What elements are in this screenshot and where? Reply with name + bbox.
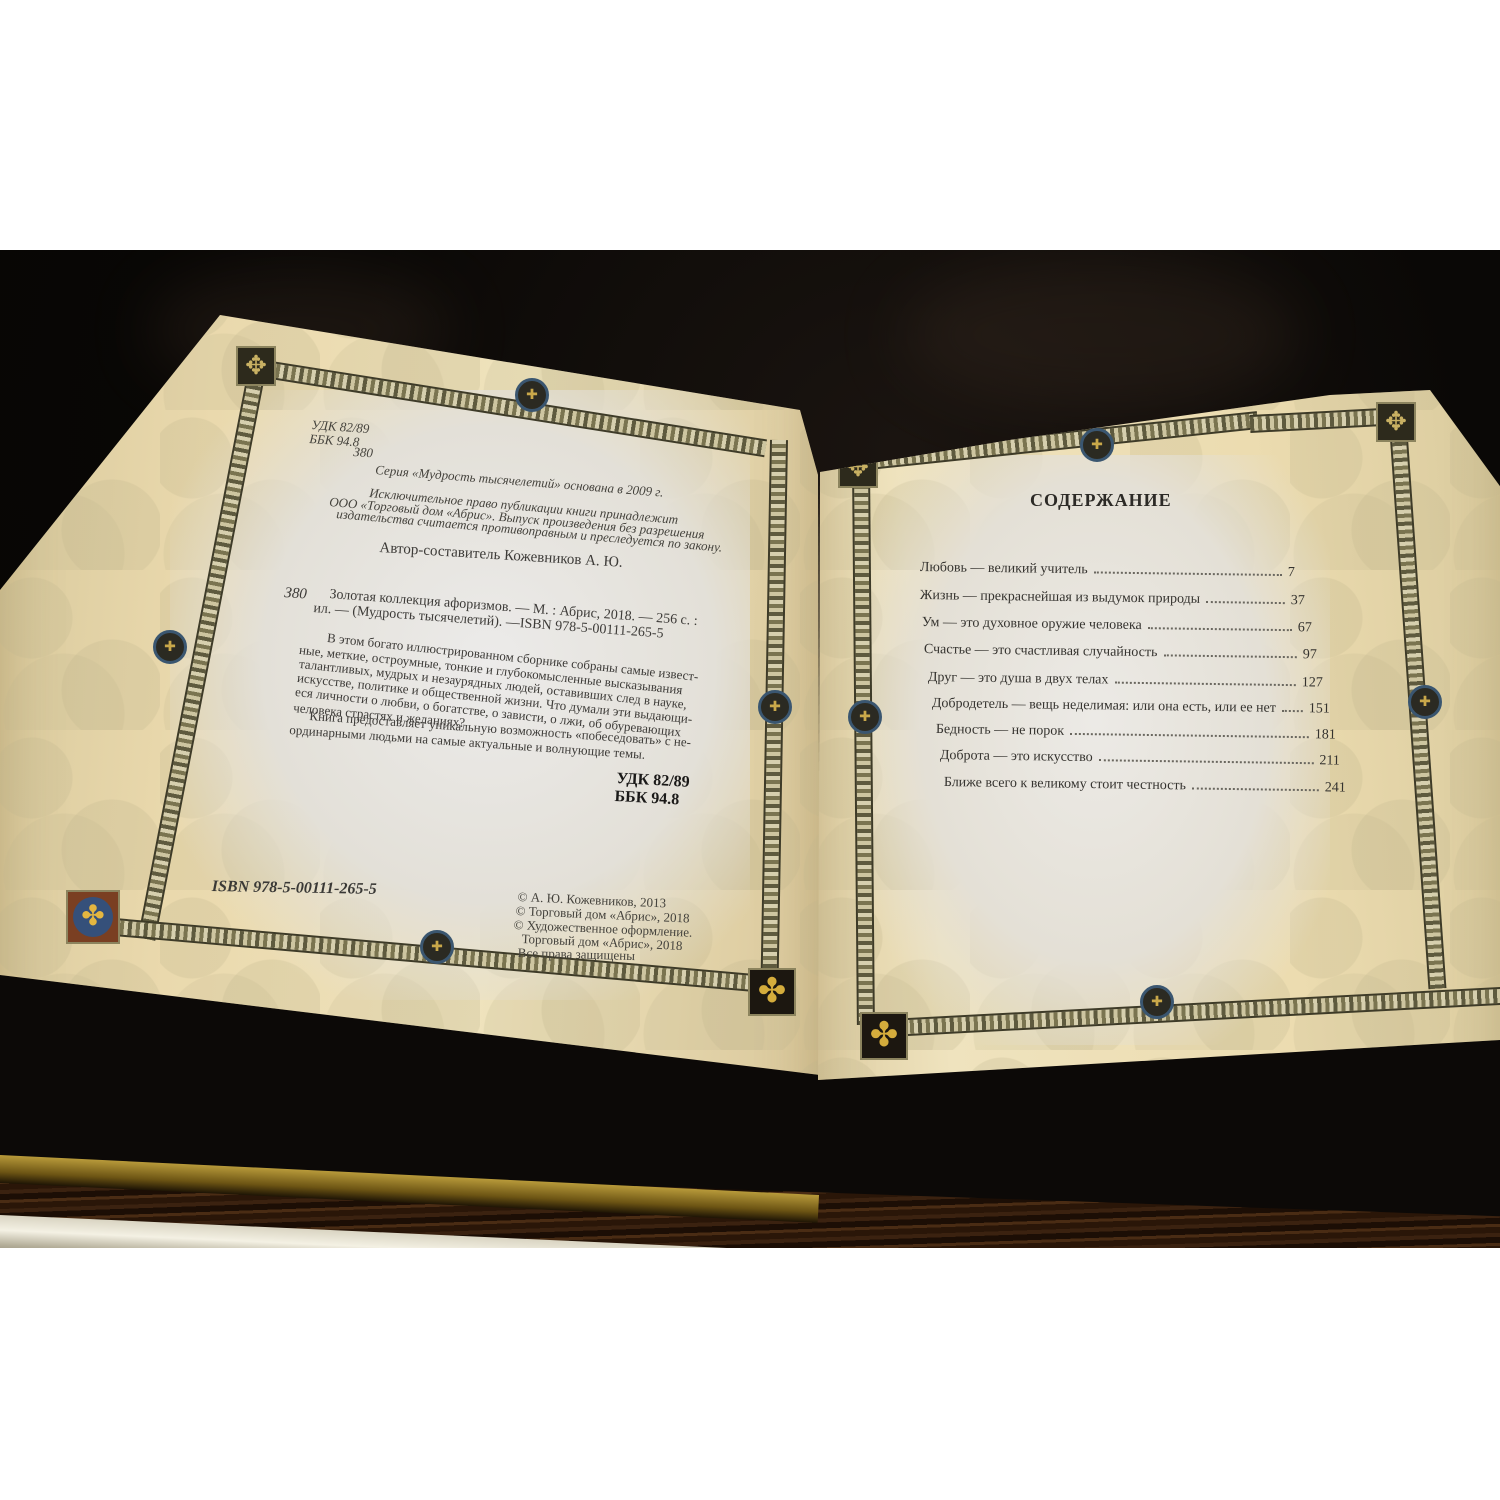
- toc-entry-page: 241: [1325, 780, 1346, 796]
- leader-dots: [1192, 787, 1319, 791]
- toc-entry-page: 97: [1303, 647, 1317, 663]
- leader-dots: [1282, 710, 1303, 712]
- isbn: ISBN 978-5-00111-265-5: [212, 878, 377, 899]
- toc-entry-label: Друг — это душа в двух телах: [928, 670, 1109, 689]
- corner-ornament-icon: ✥: [838, 448, 878, 488]
- medallion-icon: ✚: [153, 630, 187, 664]
- toc-entry-page: 211: [1319, 753, 1340, 769]
- copyright-line: Все права защищены: [518, 945, 636, 964]
- leader-dots: [1070, 733, 1309, 738]
- leader-dots: [1114, 682, 1295, 687]
- medallion-icon: ✚: [420, 930, 454, 964]
- toc-entry-label: Счастье — это счастливая случайность: [924, 642, 1158, 661]
- medallion-icon: ✚: [1140, 985, 1174, 1019]
- bbk-code-bottom: ББК 94.8: [614, 788, 680, 809]
- corner-ornament-icon: ✥: [1376, 402, 1416, 442]
- toc-entry-page: 151: [1309, 701, 1330, 717]
- toc-entry-label: Ум — это духовное оружие человека: [922, 615, 1142, 634]
- medallion-icon: ✚: [758, 690, 792, 724]
- medallion-icon: ✚: [1080, 428, 1114, 462]
- border-top: [1250, 408, 1391, 433]
- toc-entry-page: 127: [1302, 675, 1323, 691]
- catalog-code: З80: [353, 444, 374, 461]
- medallion-icon: ✚: [515, 378, 549, 412]
- medallion-icon: ✚: [1408, 685, 1442, 719]
- medallion-icon: ✚: [848, 700, 882, 734]
- corner-ornament-icon: ✤: [860, 1012, 908, 1060]
- toc-entry-label: Любовь — великий учитель: [920, 560, 1088, 578]
- toc-title: СОДЕРЖАНИЕ: [1030, 490, 1172, 511]
- leader-dots: [1099, 759, 1314, 764]
- corner-ornament-icon: ✤: [66, 890, 120, 944]
- toc-entry-label: Ближе всего к великому стоит честность: [944, 775, 1186, 794]
- bbk-code: ББК 94.8: [309, 431, 360, 450]
- corner-ornament-icon: ✤: [748, 968, 796, 1016]
- leader-dots: [1206, 601, 1285, 604]
- leader-dots: [1148, 627, 1292, 631]
- toc-entry-page: 37: [1291, 593, 1305, 609]
- leader-dots: [1094, 571, 1282, 576]
- toc-entry-page: 181: [1315, 727, 1336, 743]
- toc-entry-label: Бедность — не порок: [936, 722, 1064, 740]
- toc-entry-label: Доброта — это искусство: [940, 748, 1093, 766]
- leader-dots: [1163, 654, 1296, 658]
- toc-entry-page: 67: [1298, 620, 1312, 636]
- corner-ornament-icon: ✥: [236, 346, 276, 386]
- background-blur: [900, 260, 1300, 410]
- book-photo: ✥ ✤ ✤ ✚ ✚ ✚ ✚ УДК 82/89 ББК 94.8 З80 Сер…: [0, 250, 1500, 1248]
- toc-entry-page: 7: [1288, 565, 1295, 581]
- catalog-code-2: З80: [284, 585, 308, 604]
